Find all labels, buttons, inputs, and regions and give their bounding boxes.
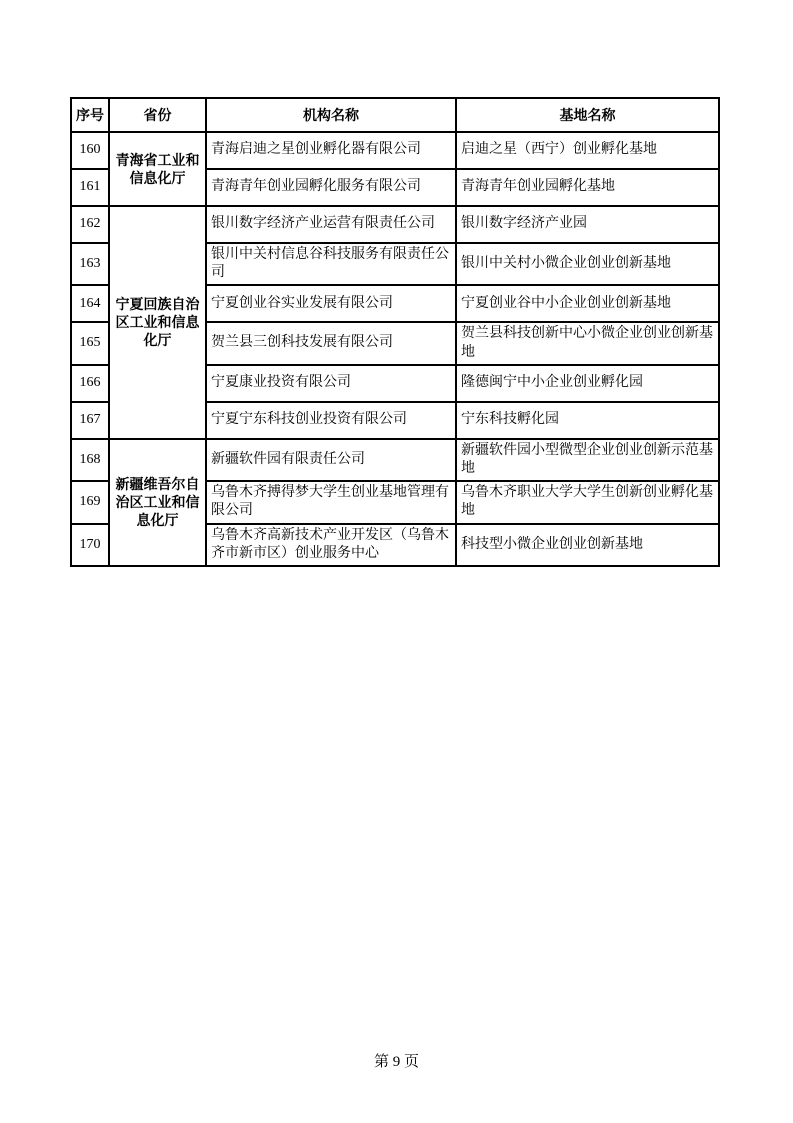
base-name-cell: 新疆软件园小型微型企业创业创新示范基地 bbox=[456, 439, 719, 481]
serial-number-cell: 165 bbox=[71, 322, 109, 364]
base-name-cell: 宁夏创业谷中小企业创业创新基地 bbox=[456, 285, 719, 322]
organization-name-cell: 青海启迪之星创业孵化器有限公司 bbox=[206, 132, 456, 169]
base-name-cell: 宁东科技孵化园 bbox=[456, 402, 719, 439]
organization-name-cell: 贺兰县三创科技发展有限公司 bbox=[206, 322, 456, 364]
serial-number-cell: 169 bbox=[71, 481, 109, 523]
province-cell: 宁夏回族自治区工业和信息化厅 bbox=[109, 206, 206, 439]
organization-name-cell: 乌鲁木齐搏得梦大学生创业基地管理有限公司 bbox=[206, 481, 456, 523]
province-cell: 青海省工业和信息化厅 bbox=[109, 132, 206, 206]
table-header-row: 序号 省份 机构名称 基地名称 bbox=[71, 98, 719, 132]
serial-number-cell: 167 bbox=[71, 402, 109, 439]
organization-name-cell: 宁夏宁东科技创业投资有限公司 bbox=[206, 402, 456, 439]
serial-number-cell: 160 bbox=[71, 132, 109, 169]
header-serial-number: 序号 bbox=[71, 98, 109, 132]
organization-name-cell: 乌鲁木齐高新技术产业开发区（乌鲁木齐市新市区）创业服务中心 bbox=[206, 524, 456, 566]
table-body: 160青海省工业和信息化厅青海启迪之星创业孵化器有限公司启迪之星（西宁）创业孵化… bbox=[71, 132, 719, 566]
serial-number-cell: 166 bbox=[71, 365, 109, 402]
serial-number-cell: 168 bbox=[71, 439, 109, 481]
organization-name-cell: 宁夏创业谷实业发展有限公司 bbox=[206, 285, 456, 322]
base-name-cell: 乌鲁木齐职业大学大学生创新创业孵化基地 bbox=[456, 481, 719, 523]
base-name-cell: 银川中关村小微企业创业创新基地 bbox=[456, 243, 719, 285]
organization-name-cell: 新疆软件园有限责任公司 bbox=[206, 439, 456, 481]
serial-number-cell: 161 bbox=[71, 169, 109, 206]
header-organization-name: 机构名称 bbox=[206, 98, 456, 132]
header-base-name: 基地名称 bbox=[456, 98, 719, 132]
header-province: 省份 bbox=[109, 98, 206, 132]
serial-number-cell: 164 bbox=[71, 285, 109, 322]
base-list-table: 序号 省份 机构名称 基地名称 160青海省工业和信息化厅青海启迪之星创业孵化器… bbox=[70, 97, 720, 567]
table-row: 168新疆维吾尔自治区工业和信息化厅新疆软件园有限责任公司新疆软件园小型微型企业… bbox=[71, 439, 719, 481]
table-row: 162宁夏回族自治区工业和信息化厅银川数字经济产业运营有限责任公司银川数字经济产… bbox=[71, 206, 719, 243]
organization-name-cell: 宁夏康业投资有限公司 bbox=[206, 365, 456, 402]
base-name-cell: 启迪之星（西宁）创业孵化基地 bbox=[456, 132, 719, 169]
base-name-cell: 科技型小微企业创业创新基地 bbox=[456, 524, 719, 566]
page-number: 第 9 页 bbox=[0, 1050, 793, 1071]
organization-name-cell: 银川中关村信息谷科技服务有限责任公司 bbox=[206, 243, 456, 285]
base-name-cell: 银川数字经济产业园 bbox=[456, 206, 719, 243]
province-cell: 新疆维吾尔自治区工业和信息化厅 bbox=[109, 439, 206, 566]
base-name-cell: 青海青年创业园孵化基地 bbox=[456, 169, 719, 206]
base-name-cell: 隆德闽宁中小企业创业孵化园 bbox=[456, 365, 719, 402]
base-name-cell: 贺兰县科技创新中心小微企业创业创新基地 bbox=[456, 322, 719, 364]
serial-number-cell: 163 bbox=[71, 243, 109, 285]
organization-name-cell: 银川数字经济产业运营有限责任公司 bbox=[206, 206, 456, 243]
organization-name-cell: 青海青年创业园孵化服务有限公司 bbox=[206, 169, 456, 206]
table-row: 160青海省工业和信息化厅青海启迪之星创业孵化器有限公司启迪之星（西宁）创业孵化… bbox=[71, 132, 719, 169]
document-page: 序号 省份 机构名称 基地名称 160青海省工业和信息化厅青海启迪之星创业孵化器… bbox=[0, 0, 793, 1123]
serial-number-cell: 170 bbox=[71, 524, 109, 566]
serial-number-cell: 162 bbox=[71, 206, 109, 243]
